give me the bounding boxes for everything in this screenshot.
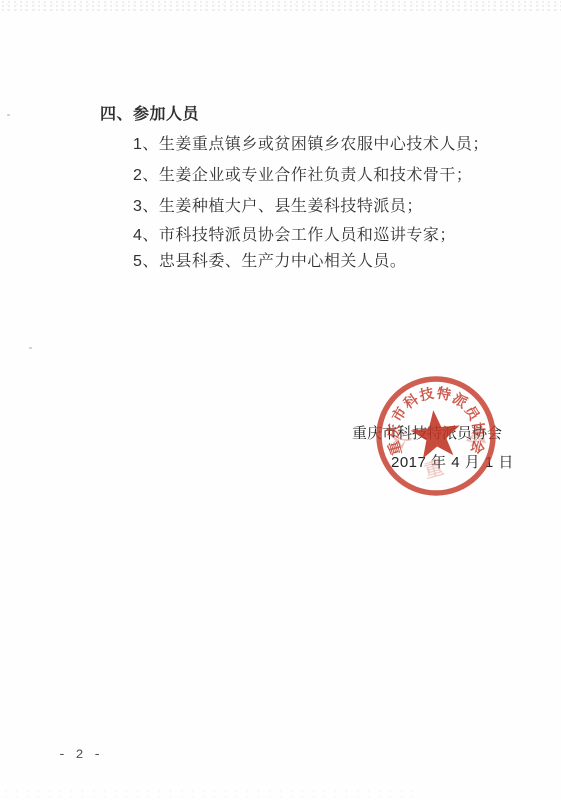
seal-star-icon bbox=[409, 408, 463, 460]
seal-ghost-mark: 重 bbox=[422, 457, 446, 483]
list-item: 1、生姜重点镇乡或贫困镇乡农服中心技术人员； bbox=[133, 131, 489, 154]
scan-noise-top bbox=[0, 0, 561, 12]
page-number: - 2 - bbox=[58, 747, 102, 762]
list-item: 3、生姜种植大户、县生姜科技特派员； bbox=[133, 193, 423, 216]
list-item: 4、市科技特派员协会工作人员和巡讲专家； bbox=[133, 222, 456, 245]
scan-noise-bottom bbox=[0, 788, 420, 800]
scan-speck bbox=[29, 347, 32, 349]
list-item: 5、忠县科委、生产力中心相关人员。 bbox=[133, 248, 406, 271]
official-red-seal: 重庆市科技特派员协会 长 给 重 bbox=[336, 336, 536, 536]
section-heading: 四、参加人员 bbox=[100, 101, 199, 124]
scan-speck bbox=[7, 114, 10, 116]
list-item: 2、生姜企业或专业合作社负责人和技术骨干； bbox=[133, 162, 472, 185]
scanned-document-page: 四、参加人员 1、生姜重点镇乡或贫困镇乡农服中心技术人员； 2、生姜企业或专业合… bbox=[0, 0, 561, 800]
